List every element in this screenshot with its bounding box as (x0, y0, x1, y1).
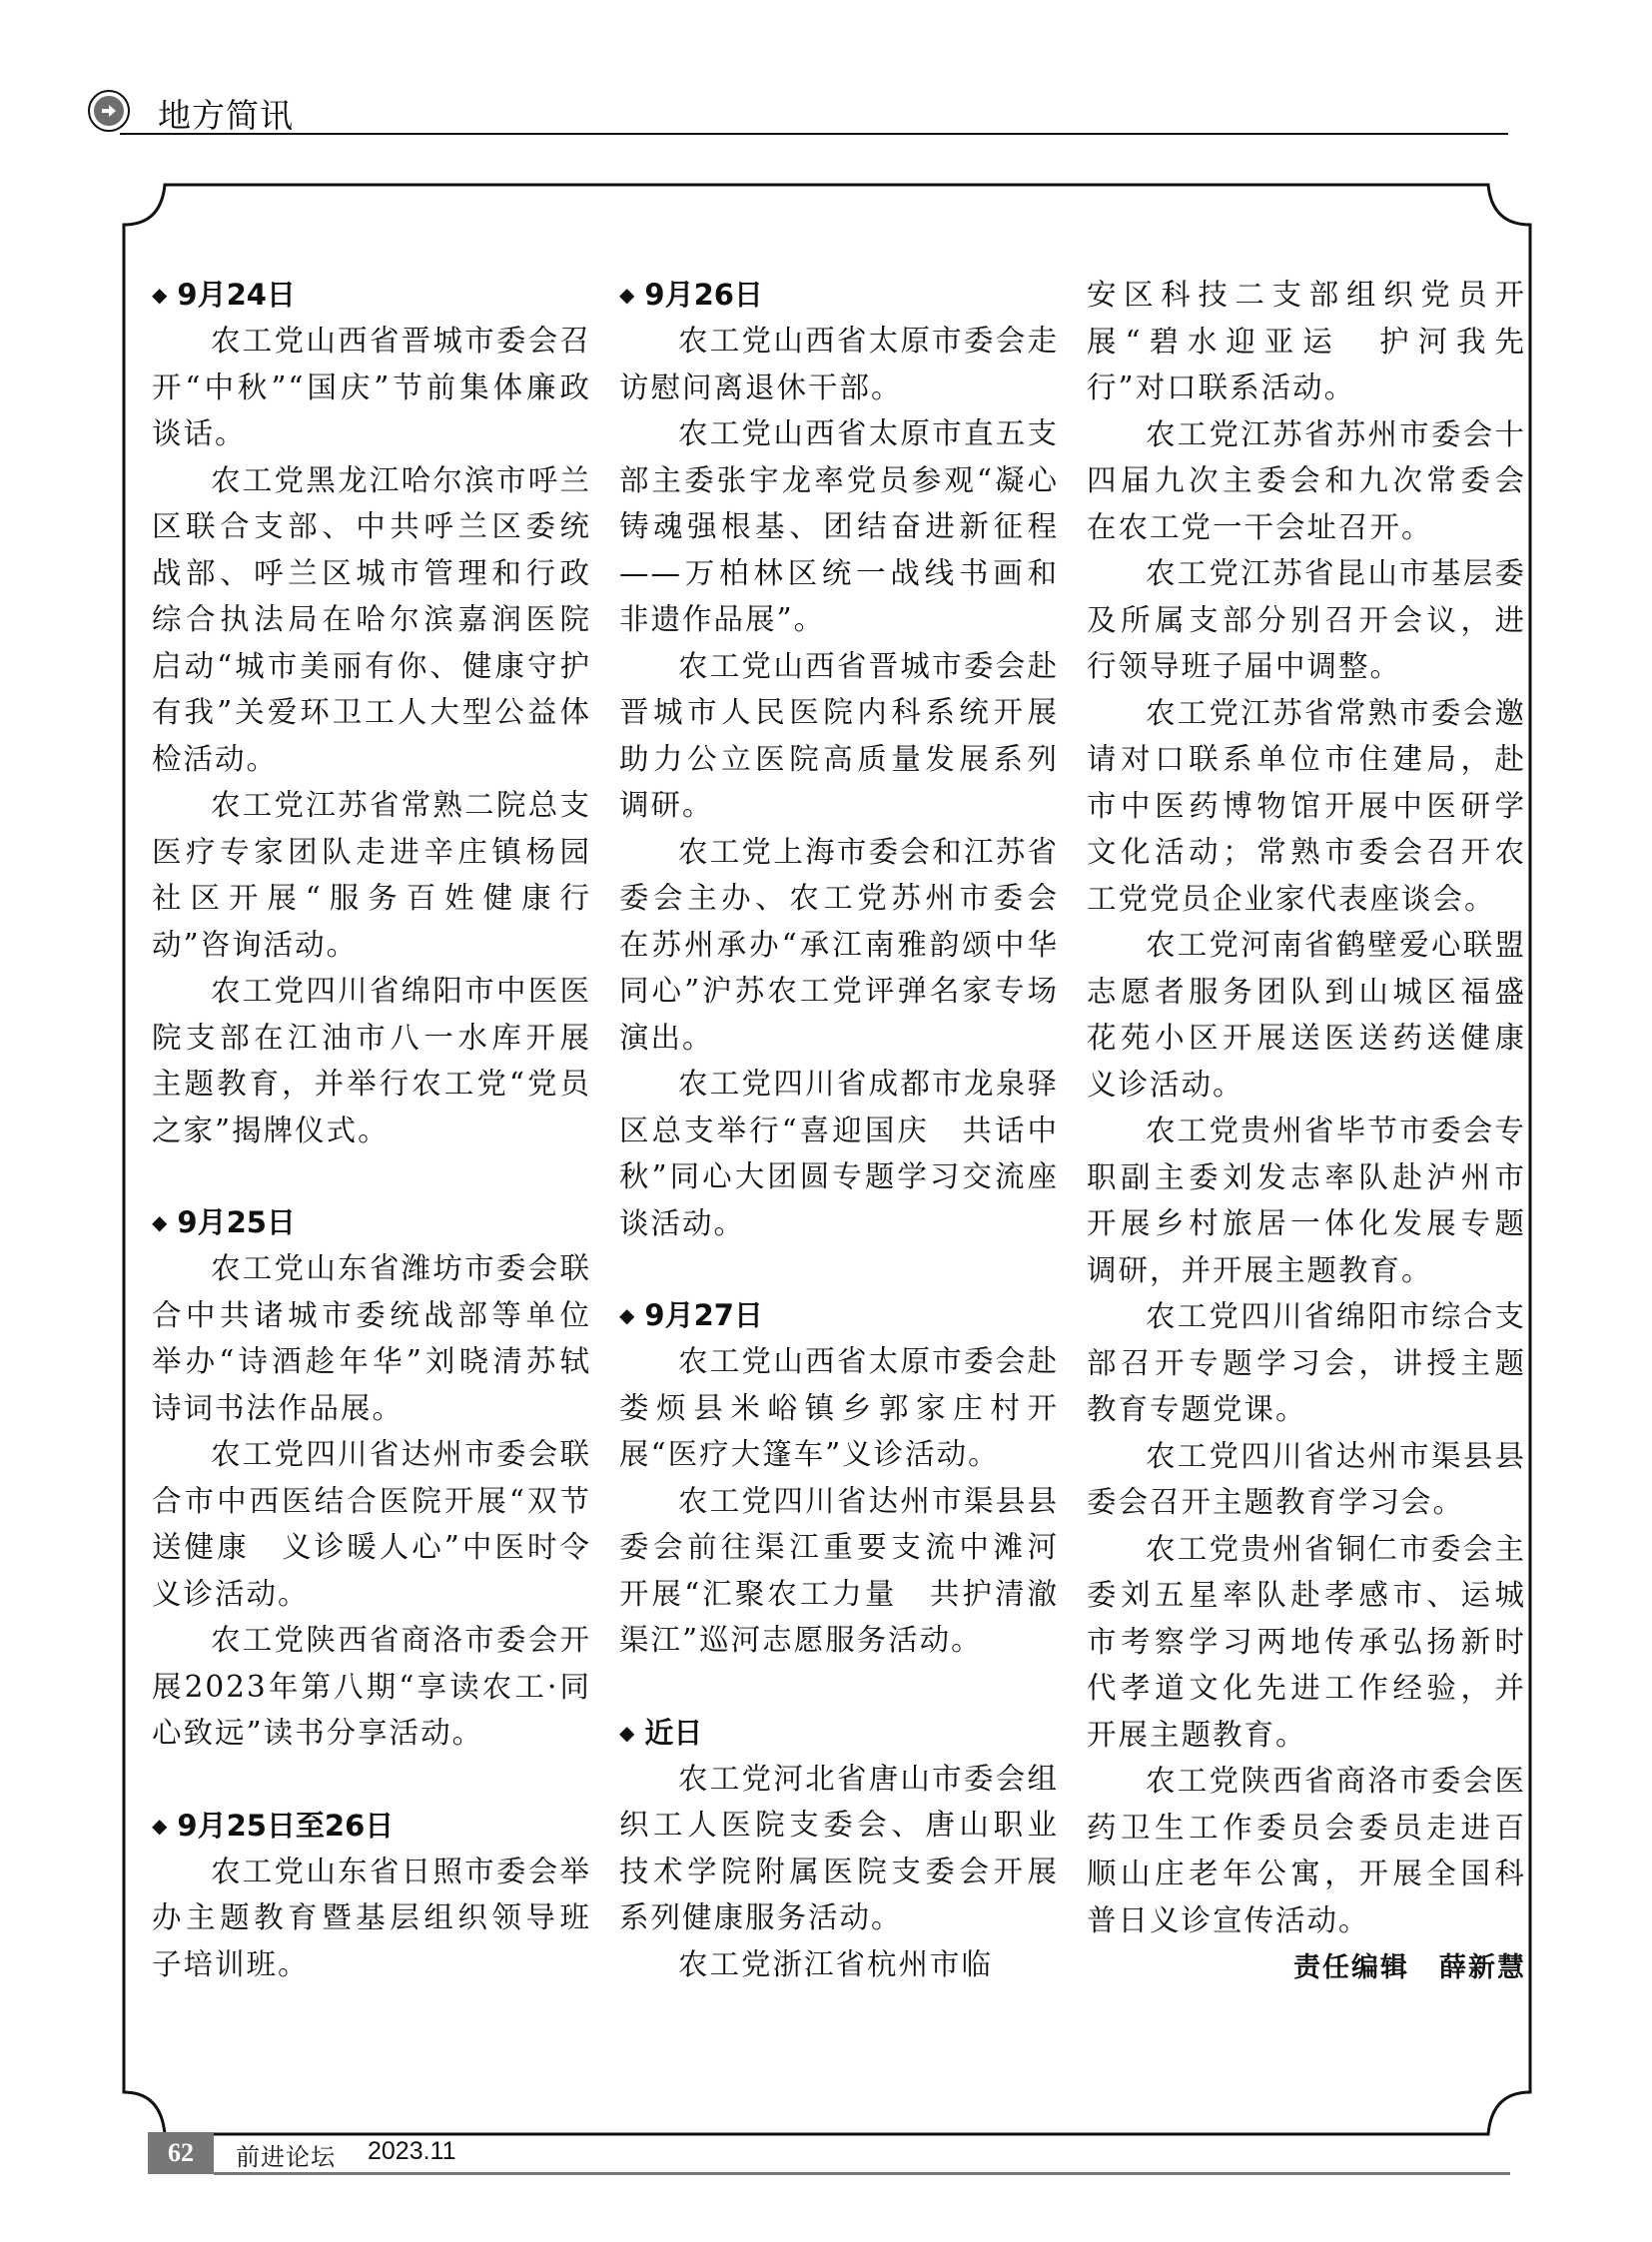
column-1: ◆9月24日 农工党山西省晋城市委会召开“中秋”“国庆”节前集体廉政谈话。 农工… (152, 272, 591, 1987)
news-item: 农工党江苏省常熟市委会邀请对口联系单位市住建局，赴市中医药博物馆开展中医研学文化… (1087, 690, 1526, 923)
diamond-bullet-icon: ◆ (619, 1303, 634, 1327)
news-section: ◆9月27日 农工党山西省太原市委会赴娄烦县米峪镇乡郭家庄村开展“医疗大篷车”义… (619, 1292, 1059, 1664)
news-item: 农工党陕西省商洛市委会医药卫生工作委员会委员走进百顺山庄老年公寓，开展全国科普日… (1087, 1758, 1526, 1943)
news-item: 农工党江苏省昆山市基层委及所属支部分别召开会议，进行领导班子届中调整。 (1087, 550, 1526, 690)
news-item: 农工党上海市委会和江苏省委会主办、农工党苏州市委会在苏州承办“承江南雅韵颂中华同… (619, 829, 1059, 1062)
news-item: 农工党山西省晋城市委会召开“中秋”“国庆”节前集体廉政谈话。 (152, 318, 591, 457)
editor-name: 薛新慧 (1439, 1952, 1526, 1983)
page-header: 地方简讯 (84, 88, 1508, 138)
news-item: 农工党黑龙江哈尔滨市呼兰区联合支部、中共呼兰区委统战部、呼兰区城市管理和行政综合… (152, 457, 591, 783)
news-item: 农工党四川省绵阳市综合支部召开专题学习会，讲授主题教育专题党课。 (1087, 1293, 1526, 1433)
column-2: ◆9月26日 农工党山西省太原市委会走访慰问离退休干部。 农工党山西省太原市直五… (619, 272, 1059, 1987)
news-item: 农工党贵州省毕节市委会专职副主委刘发志率队赴泸州市开展乡村旅居一体化发展专题调研… (1087, 1108, 1526, 1293)
date-heading: ◆9月27日 (619, 1292, 1059, 1338)
publication-name: 前进论坛 (236, 2137, 336, 2172)
news-section: ◆9月25日至26日 农工党山东省日照市委会举办主题教育暨基层组织领导班子培训班… (152, 1803, 591, 1988)
news-item: 农工党山西省太原市委会走访慰问离退休干部。 (619, 318, 1059, 410)
diamond-bullet-icon: ◆ (152, 1814, 167, 1838)
issue-date: 2023.11 (368, 2137, 456, 2166)
date-heading: ◆近日 (619, 1710, 1059, 1756)
news-item: 农工党江苏省苏州市委会十四届九次主委会和九次常委会在农工党一干会址召开。 (1087, 411, 1526, 551)
news-section: ◆近日 农工党河北省唐山市委会组织工人医院支委会、唐山职业技术学院附属医院支委会… (619, 1710, 1059, 1988)
section-title: 地方简讯 (158, 90, 294, 137)
column-3: 安区科技二支部组织党员开展“碧水迎亚运 护河我先行”对口联系活动。 农工党江苏省… (1087, 272, 1526, 1992)
news-section: ◆9月24日 农工党山西省晋城市委会召开“中秋”“国庆”节前集体廉政谈话。 农工… (152, 272, 591, 1153)
footer-rule (214, 2172, 1510, 2175)
news-item: 农工党四川省达州市渠县县委会召开主题教育学习会。 (1087, 1433, 1526, 1526)
news-item: 农工党山东省潍坊市委会联合中共诸城市委统战部等单位举办“诗酒趁年华”刘晓清苏轼诗… (152, 1245, 591, 1431)
editor-label: 责任编辑 (1293, 1952, 1409, 1983)
date-heading: ◆9月25日至26日 (152, 1803, 591, 1849)
news-item-continuation: 安区科技二支部组织党员开展“碧水迎亚运 护河我先行”对口联系活动。 (1087, 272, 1526, 411)
news-item: 农工党四川省绵阳市中医医院支部在江油市八一水库开展主题教育，并举行农工党“党员之… (152, 968, 591, 1153)
diamond-bullet-icon: ◆ (152, 283, 167, 307)
news-item: 农工党山西省晋城市委会赴晋城市人民医院内科系统开展助力公立医院高质量发展系列调研… (619, 643, 1059, 829)
date-heading: ◆9月24日 (152, 272, 591, 318)
diamond-bullet-icon: ◆ (619, 283, 634, 307)
header-rule (120, 133, 1508, 135)
news-item: 农工党陕西省商洛市委会开展2023年第八期“享读农工·同心致远”读书分享活动。 (152, 1617, 591, 1757)
news-item: 农工党江苏省常熟二院总支医疗专家团队走进辛庄镇杨园社区开展“服务百姓健康行动”咨… (152, 782, 591, 968)
news-section: ◆9月25日 农工党山东省潍坊市委会联合中共诸城市委统战部等单位举办“诗酒趁年华… (152, 1199, 591, 1757)
news-item: 农工党贵州省铜仁市委会主委刘五星率队赴孝感市、运城市考察学习两地传承弘扬新时代孝… (1087, 1526, 1526, 1759)
page-number: 62 (148, 2132, 214, 2174)
news-item: 农工党河北省唐山市委会组织工人医院支委会、唐山职业技术学院附属医院支委会开展系列… (619, 1756, 1059, 1941)
news-section: ◆9月26日 农工党山西省太原市委会走访慰问离退休干部。 农工党山西省太原市直五… (619, 272, 1059, 1246)
arrow-right-circle-icon (88, 90, 130, 132)
news-section: 安区科技二支部组织党员开展“碧水迎亚运 护河我先行”对口联系活动。 农工党江苏省… (1087, 272, 1526, 1943)
news-item: 农工党山东省日照市委会举办主题教育暨基层组织领导班子培训班。 (152, 1849, 591, 1988)
date-heading: ◆9月25日 (152, 1199, 591, 1245)
date-heading: ◆9月26日 (619, 272, 1059, 318)
news-item: 农工党山西省太原市委会赴娄烦县米峪镇乡郭家庄村开展“医疗大篷车”义诊活动。 (619, 1338, 1059, 1478)
news-item: 农工党四川省达州市渠县县委会前往渠江重要支流中滩河开展“汇聚农工力量 共护清澈渠… (619, 1478, 1059, 1664)
news-item: 农工党四川省成都市龙泉驿区总支举行“喜迎国庆 共话中秋”同心大团圆专题学习交流座… (619, 1061, 1059, 1246)
responsible-editor: 责任编辑薛新慧 (1087, 1945, 1526, 1992)
page-footer: 62 前进论坛 2023.11 (148, 2132, 1510, 2178)
news-item: 农工党浙江省杭州市临 (619, 1941, 1059, 1988)
news-item: 农工党河南省鹤壁爱心联盟志愿者服务团队到山城区福盛花苑小区开展送医送药送健康义诊… (1087, 922, 1526, 1108)
diamond-bullet-icon: ◆ (619, 1721, 634, 1745)
diamond-bullet-icon: ◆ (152, 1210, 167, 1234)
news-item: 农工党山西省太原市直五支部主委张宇龙率党员参观“凝心铸魂强根基、团结奋进新征程—… (619, 410, 1059, 643)
news-item: 农工党四川省达州市委会联合市中西医结合医院开展“双节送健康 义诊暖人心”中医时令… (152, 1431, 591, 1617)
